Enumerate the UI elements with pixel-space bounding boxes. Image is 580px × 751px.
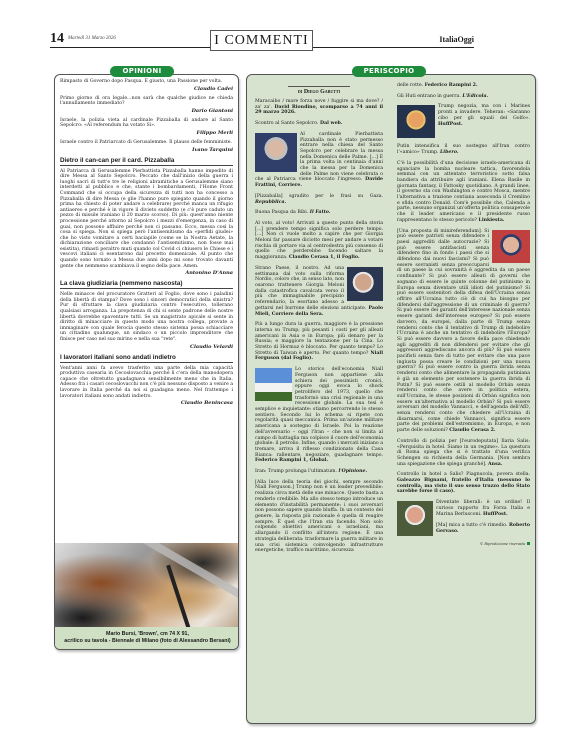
masthead-logo: ItaliaOggi bbox=[439, 35, 474, 44]
quote-text: Controllo di polizia per [l'eurodeputata… bbox=[397, 439, 530, 467]
article-text: Vent'anni anni fa avevo trasferito una p… bbox=[60, 366, 233, 400]
quote-source: HuffPost. bbox=[438, 122, 463, 127]
opinion-item: Israele, la polizia vieta al cardinale P… bbox=[60, 118, 233, 136]
image-caption: Mario Bursi, 'Brown', cm 74 X 91, acrili… bbox=[55, 627, 239, 649]
opinion-author: Dario Giantoni bbox=[60, 108, 233, 114]
article-text: Nelle minacce del procuratore Gratteri a… bbox=[60, 292, 233, 342]
quote-source: L'Edicola. bbox=[462, 94, 488, 99]
quote-text: Putin intensifica il suo sostegno all'Ir… bbox=[397, 144, 530, 155]
quote-source: Claudio Cerasa 1, il Foglio. bbox=[289, 255, 360, 260]
article-author: Claudio Benincasa bbox=[60, 400, 233, 406]
quote-text: Trump negozia, ma con i Marines pronti a… bbox=[438, 104, 530, 120]
quote-text: Iran: Trump prolunga l'ultimatum. bbox=[255, 469, 338, 474]
quote-item: Scontro al Santo Sepolcro. Dal web. bbox=[255, 121, 383, 127]
quote-source: Federico Rampini 1, Global. bbox=[255, 458, 328, 463]
quote-text: [Alla luce della teoria dei giochi, semp… bbox=[255, 480, 383, 553]
quote-item: delle rotte. Federico Rampini 2. bbox=[397, 83, 530, 89]
quote-item: Strano Paese, il nostro. Ad una settiman… bbox=[255, 266, 383, 317]
quote-item: Controllo di polizia per [l'eurodeputata… bbox=[397, 439, 530, 468]
caption-line-2: acrilico su tavola - Biennale di Milano … bbox=[55, 638, 239, 645]
periscopio-column-2: delle rotte. Federico Rampini 2. Gli Hut… bbox=[397, 75, 530, 546]
quote-source: David Riondino, scomparso a 74 anni il 2… bbox=[255, 105, 383, 116]
quote-item: C'è la possibilità d'una decisione israe… bbox=[397, 161, 530, 224]
caption-line-1: Mario Bursi, 'Brown', cm 74 X 91, bbox=[55, 631, 239, 638]
quote-item: Al cardinale Pierbattista Pizzaballa non… bbox=[255, 132, 383, 189]
quote-text: C'è la possibilità d'una decisione israe… bbox=[397, 161, 530, 223]
quote-source: Libero. bbox=[440, 150, 458, 155]
quote-item: Iran: Trump prolunga l'ultimatum. l'Opin… bbox=[255, 469, 383, 475]
opinion-author: Filippo Merli bbox=[60, 130, 233, 136]
article-text: Al Patriarca di Gerusalemme Pierbattista… bbox=[60, 169, 233, 270]
opinion-text: Rimpasto di Governo dopo Pasqua. È giust… bbox=[60, 79, 233, 85]
quote-item: Maracaibo / mare forza nove / fuggire si… bbox=[255, 99, 383, 116]
quote-item: Lo storico dell'economia Niall Ferguson … bbox=[255, 367, 383, 464]
opinion-item: Rimpasto di Governo dopo Pasqua. È giust… bbox=[60, 79, 233, 92]
opinion-item: Israele contro il Patriarcato di Gerusal… bbox=[60, 140, 233, 153]
article-title: Dietro il can-can per il card. Pizzaball… bbox=[60, 157, 233, 166]
quote-source: Repubblica. bbox=[255, 200, 286, 205]
article-title: I lavoratori italiani sono andati indiet… bbox=[60, 354, 233, 363]
quote-item: Buona Pasqua da Bibi. Il Fatto. bbox=[255, 210, 383, 216]
quote-item: [Pizzaballa] sgradito per le frasi su Ga… bbox=[255, 194, 383, 205]
opinion-item: Primo giorno di ora legale...non sarà ch… bbox=[60, 96, 233, 114]
quote-item: Putin intensifica il suo sostegno all'Ir… bbox=[397, 144, 530, 155]
article-author: Claudio Velardi bbox=[60, 344, 233, 350]
portrait-photo bbox=[492, 230, 530, 263]
quote-item: Trump negozia, ma con i Marines pronti a… bbox=[397, 104, 530, 139]
quote-source: Galeazzo Bignami, fratello d'Italia (nes… bbox=[397, 478, 530, 494]
opinion-author: Ivano Tarquini bbox=[60, 147, 233, 153]
quote-text: Scontro al Santo Sepolcro. bbox=[255, 121, 320, 126]
portrait-photo bbox=[347, 267, 383, 301]
article-author: Antonino D'Anna bbox=[60, 270, 233, 276]
quote-source: l'Opinione. bbox=[338, 469, 367, 474]
portrait-photo bbox=[255, 133, 297, 172]
quote-item: Gli Huti entrano in guerra. L'Edicola. bbox=[397, 94, 530, 100]
quote-text: delle rotte. bbox=[397, 83, 425, 88]
section-title: I COMMENTI bbox=[210, 30, 313, 51]
quote-item: Più a lungo dura la guerra, maggiore è l… bbox=[255, 322, 383, 362]
quote-source: Linkiesta. bbox=[479, 218, 505, 223]
white-house-photo bbox=[255, 368, 292, 401]
article-title: La clava giudiziaria (nemmeno nascosta) bbox=[60, 280, 233, 289]
opinion-text: Primo giorno di ora legale...non sarà ch… bbox=[60, 96, 233, 107]
periscopio-box: di Diego Gabutti Maracaibo / mare forza … bbox=[246, 74, 536, 724]
copyright-note: © Riproduzione riservata bbox=[397, 542, 530, 546]
page-number: 14 bbox=[50, 31, 64, 47]
issue-date: Martedì 31 Marzo 2026 bbox=[68, 36, 116, 41]
opinioni-box: Rimpasto di Governo dopo Pasqua. È giust… bbox=[54, 74, 239, 650]
quote-item: Al voto, al voto! Arrivati a questo punt… bbox=[255, 221, 383, 261]
byline: di Diego Gabutti bbox=[288, 86, 350, 95]
opinion-author: Claudio Cadei bbox=[60, 86, 233, 92]
quote-source: HuffPost. bbox=[483, 512, 508, 517]
quote-source: Claudio Cerasa 2. bbox=[449, 428, 495, 433]
quote-text: [Pizzaballa] sgradito per le frasi su Ga… bbox=[255, 194, 383, 199]
portrait-photo bbox=[397, 105, 435, 138]
quote-text: Buona Pasqua da Bibi. bbox=[255, 210, 310, 215]
quote-source: Dal web. bbox=[320, 121, 342, 126]
quote-item: [Alla luce della teoria dei giochi, semp… bbox=[255, 480, 383, 554]
periscopio-column-1: di Diego Gabutti Maracaibo / mare forza … bbox=[255, 75, 383, 559]
quote-text: Più a lungo dura la guerra, maggiore è l… bbox=[255, 322, 383, 356]
portrait-photo bbox=[397, 501, 433, 536]
quote-text: Controllo in hotel a Salis? Piagnucola, … bbox=[397, 472, 530, 477]
quote-item: [Una proposta di minireferendum]. Si può… bbox=[397, 229, 530, 434]
quote-text: [Ma] mica a tutto c'è rimedio. bbox=[436, 523, 509, 528]
periscopio-label: PERISCOPIO bbox=[352, 66, 426, 77]
quote-item: Controllo in hotel a Salis? Piagnucola, … bbox=[397, 472, 530, 495]
opinion-text: Israele contro il Patriarcato di Gerusal… bbox=[60, 140, 233, 146]
quote-item: Diventate liberali: è un ordine! Il curi… bbox=[397, 500, 530, 537]
opinion-text: Israele, la polizia vieta al cardinale P… bbox=[60, 118, 233, 129]
quote-source: Federico Rampini 2. bbox=[425, 83, 478, 88]
quote-source: Il Fatto. bbox=[310, 210, 331, 215]
quote-source: Ansa. bbox=[488, 462, 502, 467]
page-header: 14 Martedì 31 Marzo 2026 I COMMENTI Ital… bbox=[50, 34, 474, 48]
opinioni-label: OPINIONI bbox=[110, 66, 174, 77]
quote-text: Gli Huti entrano in guerra. bbox=[397, 94, 462, 99]
